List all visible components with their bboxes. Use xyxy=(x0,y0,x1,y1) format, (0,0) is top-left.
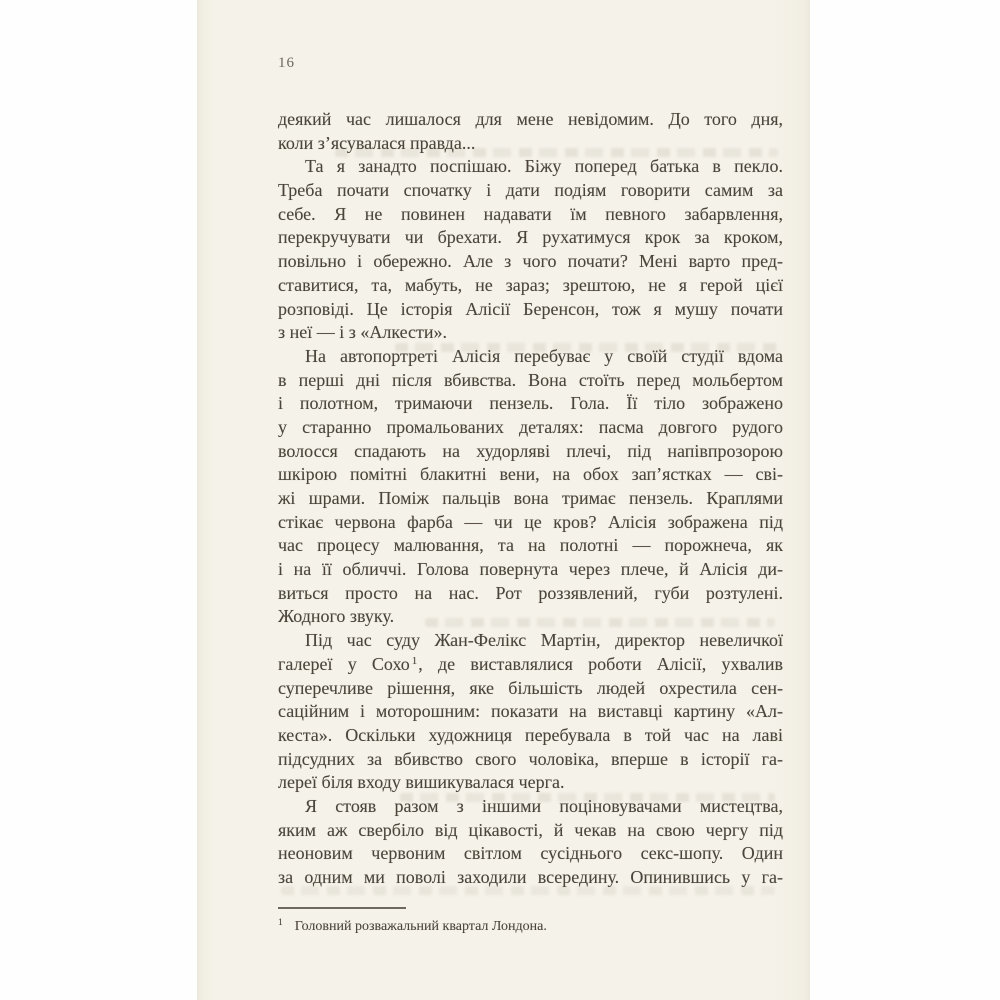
footnote-text: Головний розважальний квартал Лондона. xyxy=(295,919,547,934)
text-line: Та я занадто поспішаю. Біжу поперед бать… xyxy=(278,155,783,179)
bleed-through-smudge xyxy=(335,148,778,157)
text-line: Під час суду Жан-Фелікс Мартін, директор… xyxy=(278,629,783,653)
text-line: неоновим червоним світлом сусіднього сек… xyxy=(278,842,783,866)
text-line: перекручувати чи брехати. Я рухатимуся к… xyxy=(278,226,783,250)
text-line: ставитися, та, мабуть, не зараз; зрештою… xyxy=(278,274,783,298)
text-line: деякий час лишалося для мене невідомим. … xyxy=(278,108,783,132)
text-line: саційним і моторошним: показати на виста… xyxy=(278,700,783,724)
text-line: підсудних за вбивство свого чоловіка, вп… xyxy=(278,748,783,772)
scanned-book-page: 16 деякий час лишалося для мене невідоми… xyxy=(0,0,1000,1000)
text-line: волосся спадають на худорляві плечі, під… xyxy=(278,440,783,464)
text-line: у старанно промальованих деталях: пасма … xyxy=(278,416,783,440)
text-line: жі шрами. Поміж пальців вона тримає пенз… xyxy=(278,487,783,511)
text-line: шкірою помітні блакитні вени, на обох за… xyxy=(278,463,783,487)
page-number: 16 xyxy=(278,55,295,72)
text-line: кеста». Оскільки художниця перебувала в … xyxy=(278,724,783,748)
footnote-separator xyxy=(278,907,406,909)
text-line: суперечливе рішення, яке більшість людей… xyxy=(278,677,783,701)
text-line: стікає червона фарба — чи це кров? Алісі… xyxy=(278,511,783,535)
bleed-through-smudge xyxy=(395,343,778,352)
book-page: 16 деякий час лишалося для мене невідоми… xyxy=(197,0,810,1000)
text-line: і полотном, тримаючи пензель. Гола. Її т… xyxy=(278,392,783,416)
footnote-marker: 1 xyxy=(278,918,283,928)
text-line: яким аж свербіло від цікавості, й чекав … xyxy=(278,819,783,843)
text-line: повільно і обережно. Але з чого почати? … xyxy=(278,250,783,274)
body-text: деякий час лишалося для мене невідомим. … xyxy=(278,108,783,890)
footnote-reference: 1 xyxy=(412,655,418,667)
text-line: час процесу малювання, та на полотні — п… xyxy=(278,534,783,558)
footnote: 1Головний розважальний квартал Лондона. xyxy=(278,917,783,936)
text-line: з неї — і з «Алкести». xyxy=(278,321,783,345)
bleed-through-smudge xyxy=(281,886,775,895)
text-line: галереї у Сохо1, де виставлялися роботи … xyxy=(278,653,783,677)
text-line: лереї біля входу вишикувалася черга. xyxy=(278,771,783,795)
text-line: в перші дні після вбивства. Вона стоїть … xyxy=(278,369,783,393)
text-line: розповіді. Це історія Алісії Беренсон, т… xyxy=(278,298,783,322)
text-line: і на її обличчі. Голова повернута через … xyxy=(278,558,783,582)
text-line: виться просто на нас. Рот роззявлений, г… xyxy=(278,582,783,606)
text-line: Треба почати спочатку і дати подіям гово… xyxy=(278,179,783,203)
text-line: себе. Я не повинен надавати їм певного з… xyxy=(278,203,783,227)
bleed-through-smudge xyxy=(425,618,775,627)
bleed-through-smudge xyxy=(400,793,775,802)
